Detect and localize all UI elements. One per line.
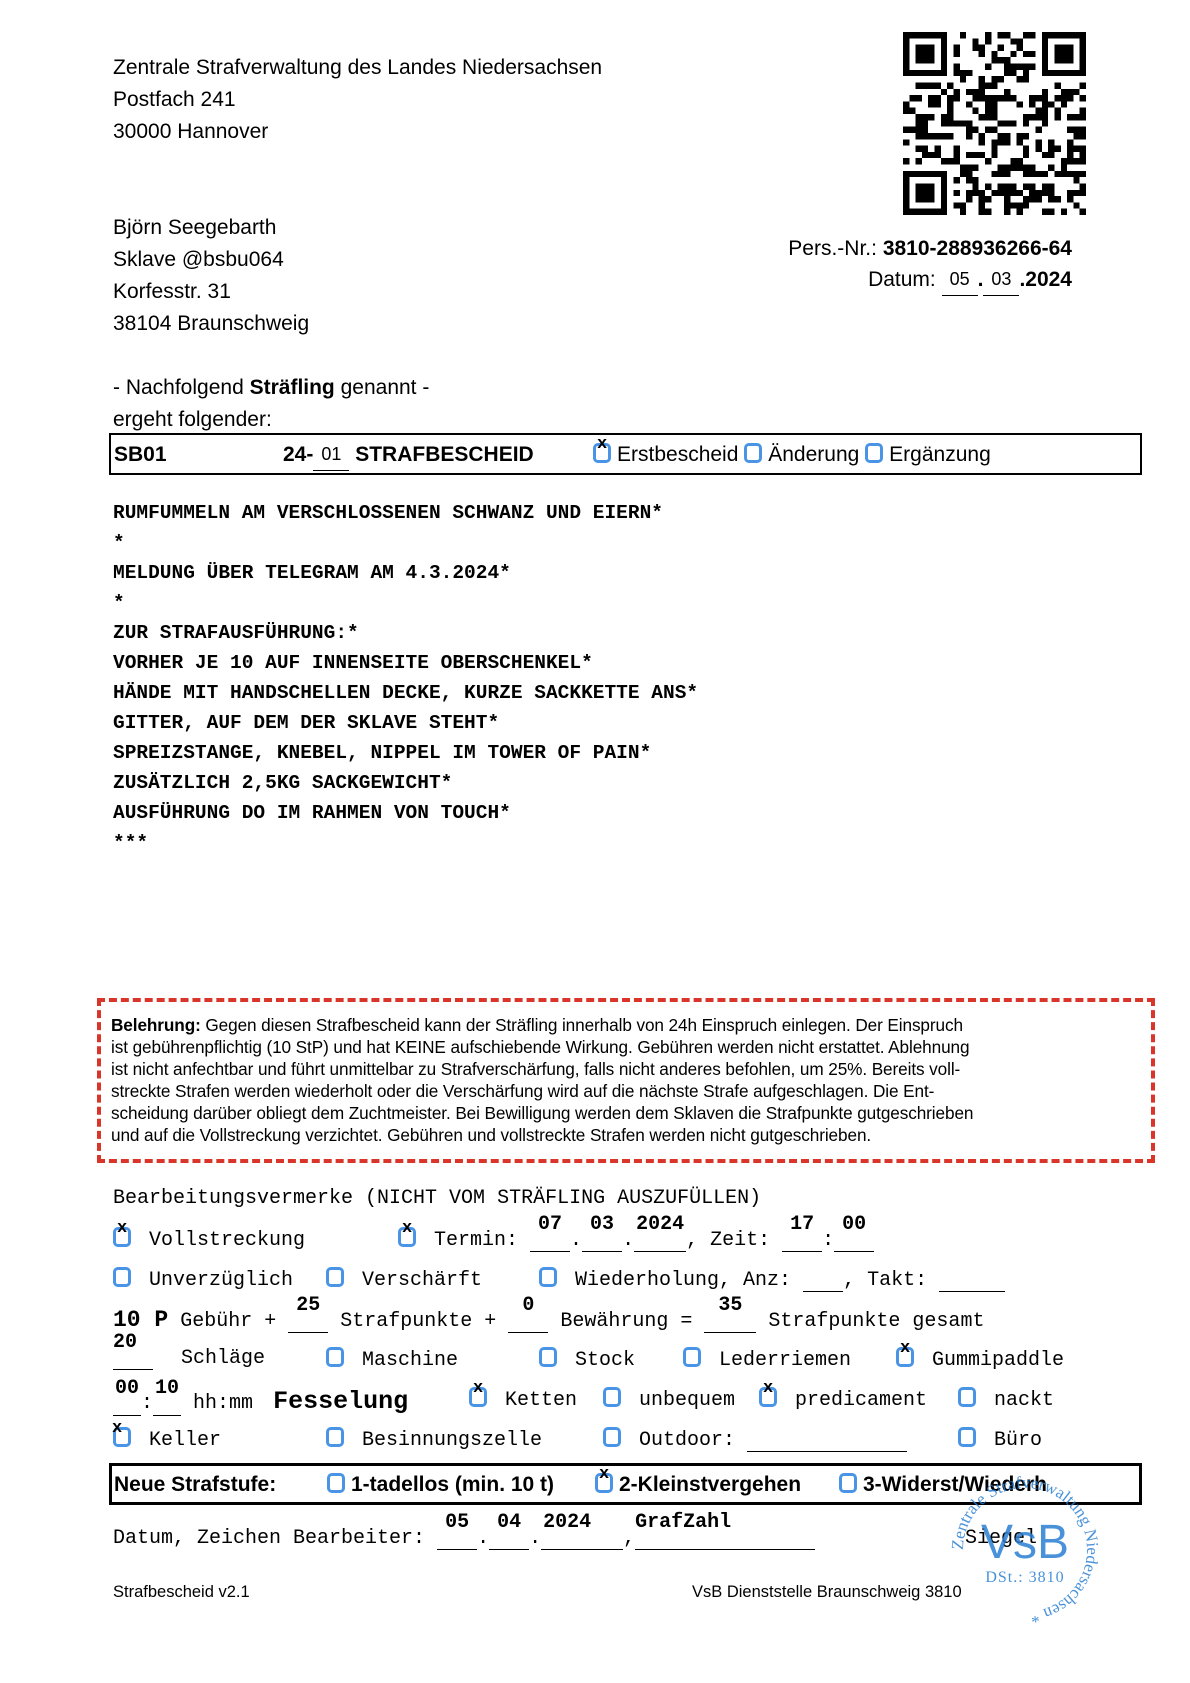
wiederholung-anz-field[interactable] bbox=[803, 1269, 843, 1292]
checkbox-icon[interactable] bbox=[865, 443, 883, 463]
offense-line: GITTER, AUF DEM DER SKLAVE STEHT* bbox=[113, 708, 698, 738]
sender-line: 30000 Hannover bbox=[113, 116, 602, 148]
decision-type-options: xErstbescheid Änderung Ergänzung bbox=[593, 439, 991, 471]
person-number: Pers.-Nr.: 3810-288936266-64 bbox=[788, 233, 1072, 265]
tool-lederriemen[interactable]: Lederriemen bbox=[683, 1347, 851, 1372]
fesselung-hh-field[interactable]: 00 bbox=[113, 1393, 141, 1416]
svg-text:VsB: VsB bbox=[981, 1516, 1069, 1569]
official-seal-icon: Zentrale Strafverwaltung Niedersachsen *… bbox=[945, 1470, 1105, 1630]
footer-office: VsB Dienststelle Braunschweig 3810 bbox=[692, 1583, 962, 1602]
strafpunkte-field[interactable]: 25 bbox=[288, 1310, 328, 1333]
offense-line: SPREIZSTANGE, KNEBEL, NIPPEL IM TOWER OF… bbox=[113, 738, 698, 768]
option-ergaenzung[interactable]: Ergänzung bbox=[865, 443, 991, 466]
option-aenderung[interactable]: Änderung bbox=[744, 443, 859, 466]
form-code: SB01 bbox=[114, 439, 167, 471]
option-vollstreckung[interactable]: x Vollstreckung bbox=[113, 1227, 305, 1252]
legal-notice-box: Belehrung: Gegen diesen Strafbescheid ka… bbox=[97, 998, 1155, 1163]
option-unverzueglich[interactable]: Unverzüglich bbox=[113, 1267, 293, 1292]
offense-line: MELDUNG ÜBER TELEGRAM AM 4.3.2024* bbox=[113, 558, 698, 588]
pers-value: 3810-288936266-64 bbox=[883, 237, 1072, 260]
decision-number: 24-01 STRAFBESCHEID bbox=[283, 439, 534, 471]
checkbox-icon[interactable]: x bbox=[759, 1387, 777, 1407]
fessel-nackt[interactable]: nackt bbox=[958, 1387, 1054, 1412]
gesamt-field[interactable]: 35 bbox=[704, 1310, 756, 1333]
datum-month-field: 03 bbox=[983, 275, 1019, 296]
fessel-ketten[interactable]: x Ketten bbox=[469, 1387, 577, 1412]
wiederholung-takt-field[interactable] bbox=[939, 1269, 1005, 1292]
recipient-address: Björn Seegebarth Sklave @bsbu064 Korfess… bbox=[113, 212, 309, 340]
termin-minute-field[interactable]: 00 bbox=[834, 1229, 874, 1252]
schlaege-count-field[interactable]: 20 bbox=[113, 1347, 153, 1370]
offense-line: HÄNDE MIT HANDSCHELLEN DECKE, KURZE SACK… bbox=[113, 678, 698, 708]
outdoor-field[interactable] bbox=[747, 1429, 907, 1452]
recipient-line: 38104 Braunschweig bbox=[113, 308, 309, 340]
signature-field[interactable]: GrafZahl bbox=[635, 1527, 815, 1550]
checkbox-icon[interactable] bbox=[958, 1427, 976, 1447]
legal-notice-text: Belehrung: Gegen diesen Strafbescheid ka… bbox=[111, 1014, 973, 1146]
offense-description: RUMFUMMELN AM VERSCHLOSSENEN SCHWANZ UND… bbox=[113, 498, 698, 858]
recipient-line: Korfesstr. 31 bbox=[113, 276, 309, 308]
termin-day-field[interactable]: 07 bbox=[530, 1229, 570, 1252]
checkbox-icon[interactable] bbox=[539, 1347, 557, 1367]
offense-line: *** bbox=[113, 828, 698, 858]
offense-line: ZUR STRAFAUSFÜHRUNG:* bbox=[113, 618, 698, 648]
checkbox-icon[interactable] bbox=[603, 1427, 621, 1447]
checkbox-icon[interactable] bbox=[958, 1387, 976, 1407]
location-besinnungszelle[interactable]: Besinnungszelle bbox=[326, 1427, 542, 1452]
checkbox-icon[interactable] bbox=[113, 1267, 131, 1287]
sender-line: Zentrale Strafverwaltung des Landes Nied… bbox=[113, 52, 602, 84]
fesselung-label: Fesselung bbox=[273, 1387, 408, 1416]
decision-title: STRAFBESCHEID bbox=[355, 443, 534, 466]
signoff-month-field[interactable]: 04 bbox=[489, 1527, 529, 1550]
fee-value: 10 P bbox=[113, 1307, 168, 1333]
recipient-line: Sklave @bsbu064 bbox=[113, 244, 309, 276]
tool-stock[interactable]: Stock bbox=[539, 1347, 635, 1372]
checkbox-icon[interactable] bbox=[327, 1473, 345, 1493]
checkbox-icon[interactable] bbox=[326, 1347, 344, 1367]
checkbox-icon[interactable] bbox=[539, 1267, 557, 1287]
checkbox-icon[interactable]: x bbox=[593, 443, 611, 463]
offense-line: VORHER JE 10 AUF INNENSEITE OBERSCHENKEL… bbox=[113, 648, 698, 678]
sender-address: Zentrale Strafverwaltung des Landes Nied… bbox=[113, 52, 602, 148]
checkbox-icon[interactable] bbox=[839, 1473, 857, 1493]
termin-year-field[interactable]: 2024 bbox=[634, 1229, 686, 1252]
option-termin[interactable]: x Termin: 07.03.2024, Zeit: 17:00 bbox=[398, 1227, 874, 1252]
location-outdoor[interactable]: Outdoor: bbox=[603, 1427, 907, 1452]
checkbox-icon[interactable]: x bbox=[469, 1387, 487, 1407]
checkbox-icon[interactable]: x bbox=[113, 1427, 131, 1447]
offense-line: RUMFUMMELN AM VERSCHLOSSENEN SCHWANZ UND… bbox=[113, 498, 698, 528]
termin-month-field[interactable]: 03 bbox=[582, 1229, 622, 1252]
svg-text:DSt.: 3810: DSt.: 3810 bbox=[985, 1569, 1064, 1586]
decision-header-box: SB01 24-01 STRAFBESCHEID xErstbescheid Ä… bbox=[109, 433, 1142, 475]
issue-date: Datum: 05.03.2024 bbox=[868, 264, 1072, 296]
tool-gummipaddle[interactable]: x Gummipaddle bbox=[896, 1347, 1064, 1372]
offense-line: * bbox=[113, 588, 698, 618]
offense-line: * bbox=[113, 528, 698, 558]
checkbox-icon[interactable] bbox=[326, 1427, 344, 1447]
datum-year: .2024 bbox=[1019, 268, 1072, 291]
datum-label: Datum: bbox=[868, 268, 936, 291]
checked-mark: x bbox=[597, 436, 607, 453]
termin-hour-field[interactable]: 17 bbox=[782, 1229, 822, 1252]
signoff-year-field[interactable]: 2024 bbox=[541, 1527, 623, 1550]
option-wiederholung[interactable]: Wiederholung, Anz: , Takt: bbox=[539, 1267, 1005, 1292]
offense-line: AUSFÜHRUNG DO IM RAHMEN VON TOUCH* bbox=[113, 798, 698, 828]
fessel-predicament[interactable]: x predicament bbox=[759, 1387, 927, 1412]
checkbox-icon[interactable] bbox=[744, 443, 762, 463]
sender-line: Postfach 241 bbox=[113, 84, 602, 116]
qr-code-icon bbox=[903, 32, 1086, 215]
fessel-unbequem[interactable]: unbequem bbox=[603, 1387, 735, 1412]
stufe-label: Neue Strafstufe: bbox=[114, 1469, 276, 1501]
datum-day-field: 05 bbox=[942, 275, 978, 296]
fesselung-mm-field[interactable]: 10 bbox=[153, 1393, 181, 1416]
footer-version: Strafbescheid v2.1 bbox=[113, 1583, 250, 1602]
checkbox-icon[interactable] bbox=[603, 1387, 621, 1407]
checkbox-icon[interactable]: x bbox=[113, 1227, 131, 1247]
signoff-day-field[interactable]: 05 bbox=[437, 1527, 477, 1550]
checkbox-icon[interactable] bbox=[326, 1267, 344, 1287]
checkbox-icon[interactable]: x bbox=[595, 1473, 613, 1493]
intro-text: - Nachfolgend Sträfling genannt - ergeht… bbox=[113, 372, 429, 436]
checkbox-icon[interactable]: x bbox=[896, 1347, 914, 1367]
location-keller[interactable]: x Keller bbox=[113, 1427, 221, 1452]
recipient-line: Björn Seegebarth bbox=[113, 212, 309, 244]
option-verschaerft[interactable]: Verschärft bbox=[326, 1267, 482, 1292]
bewaehrung-field[interactable]: 0 bbox=[508, 1310, 548, 1333]
checkbox-icon[interactable]: x bbox=[398, 1227, 416, 1247]
location-buero[interactable]: Büro bbox=[958, 1427, 1042, 1452]
stufe-2[interactable]: x2-Kleinstvergehen bbox=[595, 1469, 801, 1501]
tool-maschine[interactable]: Maschine bbox=[326, 1347, 458, 1372]
stufe-1[interactable]: 1-tadellos (min. 10 t) bbox=[327, 1469, 554, 1501]
pers-label: Pers.-Nr.: bbox=[788, 237, 877, 260]
offense-line: ZUSÄTZLICH 2,5KG SACKGEWICHT* bbox=[113, 768, 698, 798]
option-erstbescheid[interactable]: xErstbescheid bbox=[593, 443, 738, 466]
checkbox-icon[interactable] bbox=[683, 1347, 701, 1367]
